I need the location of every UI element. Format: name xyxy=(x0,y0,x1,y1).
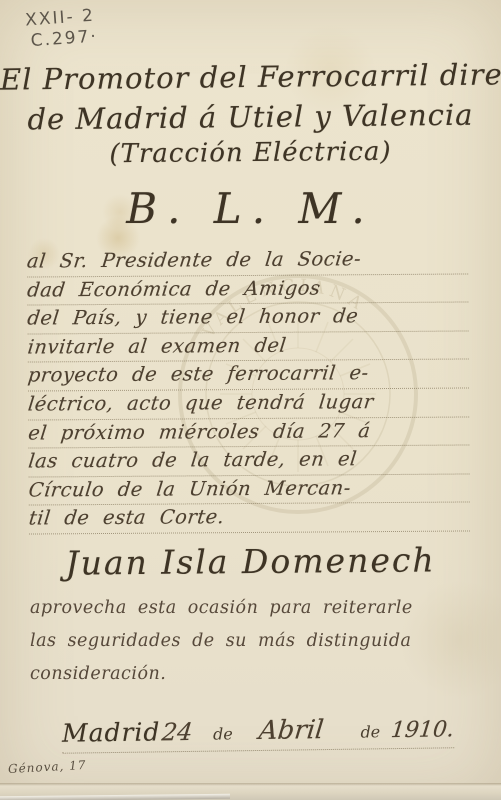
dateline-year: 1910. xyxy=(391,717,454,743)
closing-line: las seguridades de su más distinguida xyxy=(30,625,413,658)
body-line: til de esta Corte. xyxy=(29,503,470,535)
dateline-de1: de xyxy=(213,724,233,743)
dateline-day: 24 xyxy=(162,718,193,746)
body-line: las cuatro de la tarde, en el xyxy=(28,446,469,478)
body-line: invitarle al examen del xyxy=(28,331,469,363)
body-line: Círculo de la Unión Mercan- xyxy=(29,474,470,506)
archival-note: XXII- 2 C.297· xyxy=(25,6,99,53)
closing-line: aprovecha esta ocasión para reiterarle xyxy=(30,592,413,625)
dateline-month: Abril xyxy=(259,715,324,746)
dateline-de2: de xyxy=(360,722,380,741)
letterhead-line1: El Promotor del Ferrocarril directo xyxy=(0,57,501,96)
signature-name: Juan Isla Domenech xyxy=(0,540,501,583)
dateline-city: Madrid xyxy=(62,717,161,747)
closing-line: consideración. xyxy=(30,658,413,691)
body-line: léctrico, acto que tendrá lugar xyxy=(28,388,469,420)
body-line: dad Económica de Amigos xyxy=(27,274,468,306)
body-line: proyecto de este ferrocarril e- xyxy=(28,360,469,392)
body-line: al Sr. Presidente de la Socie- xyxy=(27,245,468,277)
letterhead-line3: (Tracción Eléctrica) xyxy=(0,136,501,170)
printer-mark: Génova, 17 xyxy=(8,758,87,776)
letter-page: VALENCIANA XXII- 2 C.297· El Promotor de… xyxy=(0,0,501,800)
body-paragraph: al Sr. Presidente de la Socie- dad Econó… xyxy=(27,245,470,534)
archival-note-line2: C.297· xyxy=(30,27,98,53)
letterhead-line2: de Madrid á Utiel y Valencia xyxy=(0,97,501,136)
blm-salutation: B. L. M. xyxy=(0,184,501,233)
body-line: el próximo miércoles día 27 á xyxy=(28,417,469,449)
dateline: Madrid 24 de Abril de 1910. xyxy=(62,713,454,753)
body-line: del País, y tiene el honor de xyxy=(27,303,468,335)
closing-formula: aprovecha esta ocasión para reiterarle l… xyxy=(30,592,413,691)
